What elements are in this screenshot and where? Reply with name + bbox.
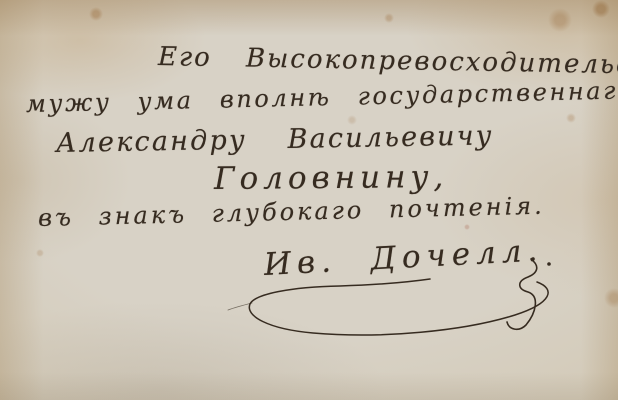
inscription-line-3: Александру Васильевичу — [56, 120, 494, 159]
signature: Ив. Дочелл. — [263, 232, 544, 283]
inscription-line-5: въ знакъ глубокаго почтенія. — [38, 192, 545, 232]
manuscript-page: Его Высокопревосходительству, мужу ума в… — [0, 0, 618, 400]
inscription-line-1: Его Высокопревосходительству, — [158, 42, 618, 82]
inscription-line-2: мужу ума вполнѣ государственнаго, — [26, 76, 618, 118]
inscription-line-4: Головнину, — [214, 159, 449, 197]
